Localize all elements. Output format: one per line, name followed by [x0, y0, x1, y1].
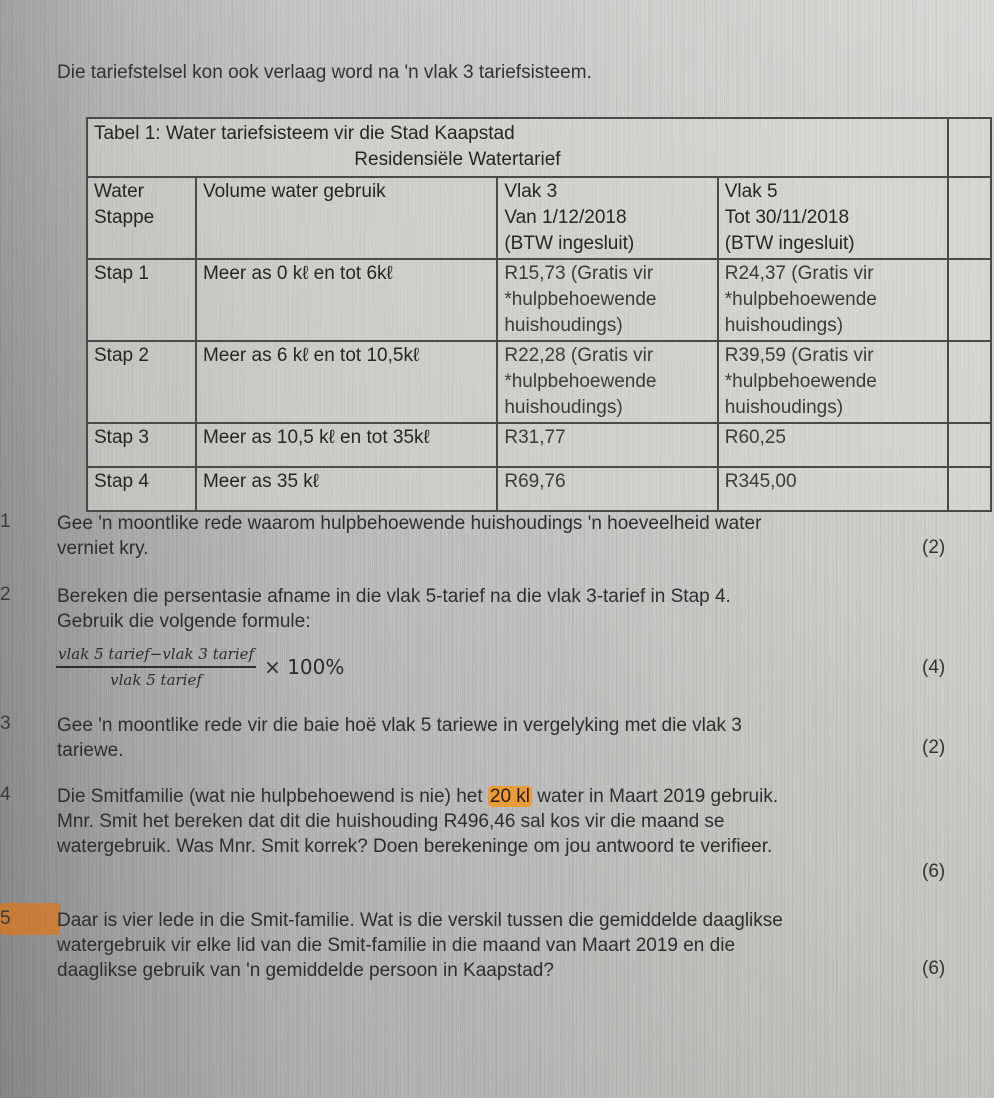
- volume-cell: Meer as 35 kℓ: [196, 467, 497, 511]
- vlak5-rate-cell: R24,37 (Gratis vir *hulpbehoewende huish…: [718, 259, 948, 341]
- question-number: 5: [0, 908, 11, 930]
- table-row: Stap 2 Meer as 6 kℓ en tot 10,5kℓ R22,28…: [87, 341, 991, 423]
- volume-cell: Meer as 10,5 kℓ en tot 35kℓ: [196, 423, 497, 467]
- question-marks: (6): [922, 861, 945, 883]
- empty-cell: [948, 467, 991, 511]
- question-2: Bereken die persentasie afname in die vl…: [57, 584, 731, 634]
- volume-cell: Meer as 6 kℓ en tot 10,5kℓ: [196, 341, 497, 423]
- formula-numerator: vlak 5 tarief−vlak 3 tarief: [56, 645, 256, 668]
- question-3: Gee 'n moontlike rede vir die baie hoë v…: [57, 713, 742, 763]
- question-number: 1: [0, 511, 11, 533]
- table-title-row: Tabel 1: Water tariefsisteem vir die Sta…: [87, 118, 991, 177]
- question-number: 3: [0, 713, 11, 735]
- empty-cell: [948, 118, 991, 177]
- water-tariff-table: Tabel 1: Water tariefsisteem vir die Sta…: [86, 117, 992, 512]
- empty-cell: [948, 259, 991, 341]
- question-4: Die Smitfamilie (wat nie hulpbehoewend i…: [57, 784, 778, 859]
- question-number: 2: [0, 584, 11, 606]
- vlak5-rate-cell: R345,00: [718, 467, 948, 511]
- table-row: Stap 3 Meer as 10,5 kℓ en tot 35kℓ R31,7…: [87, 423, 991, 467]
- empty-cell: [948, 341, 991, 423]
- table-subtitle: Residensiële Watertarief: [94, 147, 941, 173]
- formula-multiplier: × 100%: [264, 655, 344, 679]
- question-marks: (2): [922, 737, 945, 759]
- header-volume: Volume water gebruik: [196, 177, 497, 259]
- question-5: Daar is vier lede in die Smit-familie. W…: [57, 908, 783, 983]
- vlak5-rate-cell: R39,59 (Gratis vir *hulpbehoewende huish…: [718, 341, 948, 423]
- empty-cell: [948, 177, 991, 259]
- table-title-cell: Tabel 1: Water tariefsisteem vir die Sta…: [87, 118, 948, 177]
- intro-text: Die tariefstelsel kon ook verlaag word n…: [57, 62, 592, 84]
- table-header-row: Water Stappe Volume water gebruik Vlak 3…: [87, 177, 991, 259]
- step-cell: Stap 4: [87, 467, 196, 511]
- step-cell: Stap 1: [87, 259, 196, 341]
- highlighted-volume: 20 kl: [488, 786, 532, 807]
- table-row: Stap 1 Meer as 0 kℓ en tot 6kℓ R15,73 (G…: [87, 259, 991, 341]
- vlak3-rate-cell: R15,73 (Gratis vir *hulpbehoewende huish…: [497, 259, 717, 341]
- question-number: 4: [0, 784, 11, 806]
- step-cell: Stap 3: [87, 423, 196, 467]
- formula-fraction: vlak 5 tarief−vlak 3 tarief vlak 5 tarie…: [56, 645, 256, 689]
- step-cell: Stap 2: [87, 341, 196, 423]
- volume-cell: Meer as 0 kℓ en tot 6kℓ: [196, 259, 497, 341]
- vlak5-rate-cell: R60,25: [718, 423, 948, 467]
- header-vlak3: Vlak 3 Van 1/12/2018 (BTW ingesluit): [497, 177, 717, 259]
- header-water-steps: Water Stappe: [87, 177, 196, 259]
- question-1: Gee 'n moontlike rede waarom hulpbehoewe…: [57, 511, 761, 561]
- question-marks: (2): [922, 537, 945, 559]
- question-marks: (6): [922, 958, 945, 980]
- vlak3-rate-cell: R22,28 (Gratis vir *hulpbehoewende huish…: [497, 341, 717, 423]
- vlak3-rate-cell: R69,76: [497, 467, 717, 511]
- question-marks: (4): [922, 657, 945, 679]
- empty-cell: [948, 423, 991, 467]
- vlak3-rate-cell: R31,77: [497, 423, 717, 467]
- formula-denominator: vlak 5 tarief: [110, 668, 202, 689]
- table-title: Tabel 1: Water tariefsisteem vir die Sta…: [94, 121, 941, 147]
- table-row: Stap 4 Meer as 35 kℓ R69,76 R345,00: [87, 467, 991, 511]
- percentage-formula: vlak 5 tarief−vlak 3 tarief vlak 5 tarie…: [56, 645, 344, 689]
- header-vlak5: Vlak 5 Tot 30/11/2018 (BTW ingesluit): [718, 177, 948, 259]
